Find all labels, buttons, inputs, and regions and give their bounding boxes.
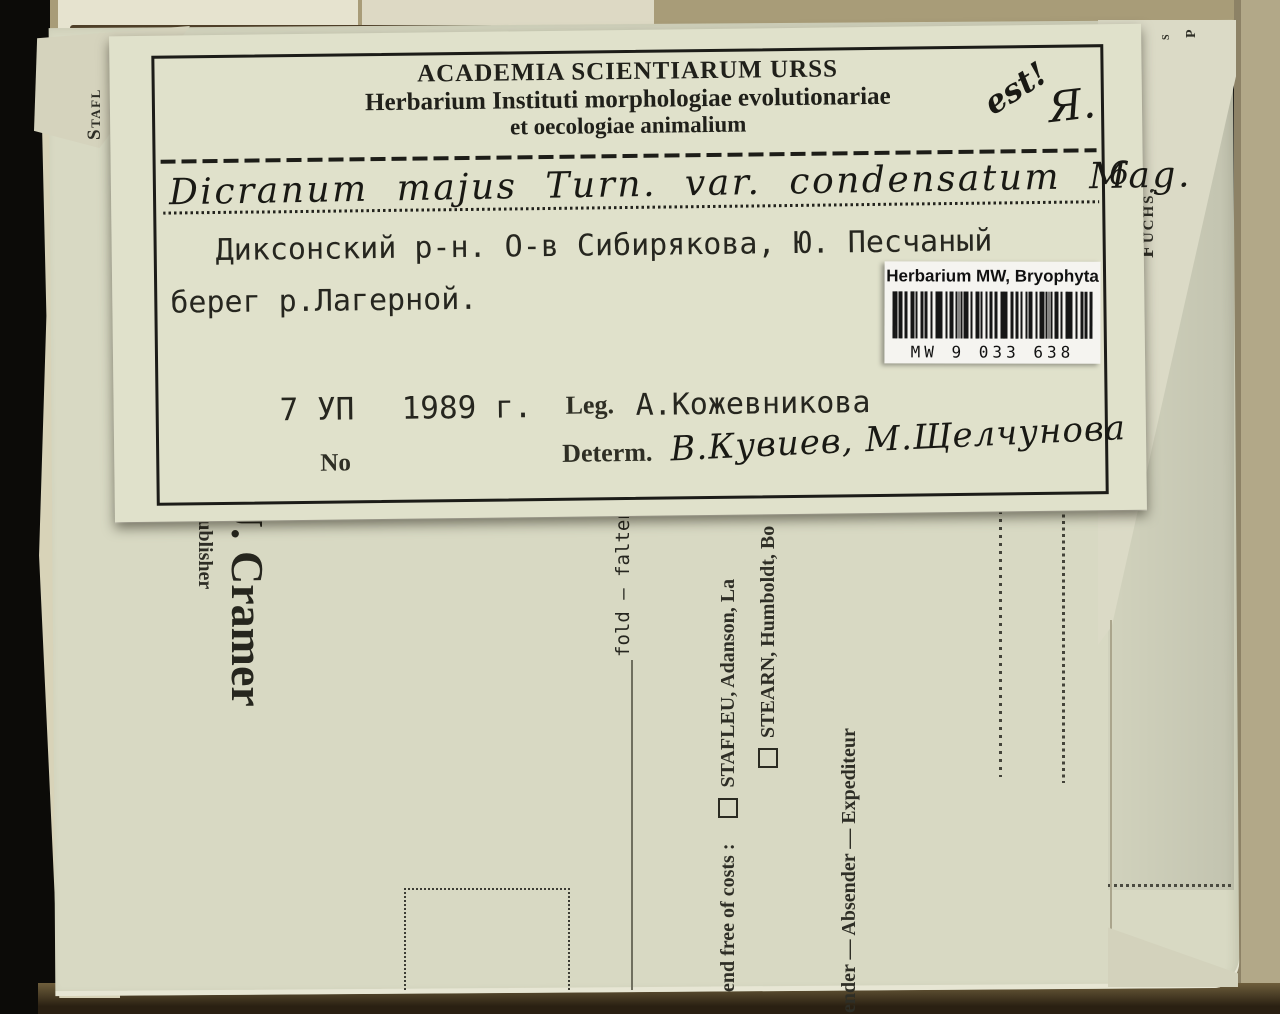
- publisher-subtitle: Publisher: [192, 507, 216, 617]
- barcode-number: MW 9 033 638: [884, 342, 1100, 361]
- dotted-line: [1062, 495, 1065, 783]
- barcode-sticker: Herbarium MW, Bryophyta MW 9 033 638: [884, 261, 1100, 363]
- annotation-monogram: Я.: [1045, 78, 1098, 132]
- series-option-2-label: STEARN, Humboldt, Bo: [757, 526, 780, 738]
- barcode-title: Herbarium MW, Bryophyta: [885, 266, 1101, 286]
- series-option-column-2: STEARN, Humboldt, Bo: [754, 497, 782, 992]
- costs-text: end free of costs :: [717, 844, 740, 992]
- series-option-column-1: end free of costs : STAFLEU, Adanson, La: [714, 497, 742, 992]
- no-label: No: [320, 449, 351, 477]
- fold-label: fold — falten: [612, 497, 638, 657]
- publisher-name: J. Cramer: [218, 505, 274, 710]
- barcode-bars: [892, 291, 1092, 338]
- year-value: 1989 г.: [401, 389, 532, 427]
- background-right-edge: [1234, 0, 1280, 1014]
- checkbox-icon: [718, 798, 738, 818]
- envelope-crease: [1110, 620, 1112, 945]
- checkbox-icon: [758, 748, 778, 768]
- herbarium-label: ACADEMIA SCIENTIARUM URSS Herbarium Inst…: [109, 24, 1147, 523]
- annotation-overflow: 6: [1109, 154, 1130, 192]
- determ-label: Determ.: [562, 438, 653, 469]
- left-paper-text: Stafl: [84, 30, 110, 140]
- locality-line-2: берег р.Лагерной.: [170, 282, 477, 321]
- top-paper-fragment: [362, 0, 654, 26]
- date-value: 7 УП: [279, 391, 354, 428]
- photo-stage: Further books on History and Bibliograph…: [0, 0, 1280, 1014]
- perforation-line: [1108, 884, 1234, 887]
- leg-label: Leg.: [565, 390, 614, 421]
- dotted-stamp-box: [404, 888, 570, 990]
- fold-line: [631, 660, 633, 990]
- series-option-1-label: STAFLEU, Adanson, La: [717, 579, 740, 788]
- dotted-line: [999, 495, 1002, 777]
- edge-text-fragment: P: [1184, 16, 1202, 38]
- sender-line: ender — Absender — Expediteur: [838, 655, 866, 1013]
- edge-text-fragment: s: [1158, 18, 1176, 40]
- collector-value: А.Кожевникова: [635, 385, 870, 423]
